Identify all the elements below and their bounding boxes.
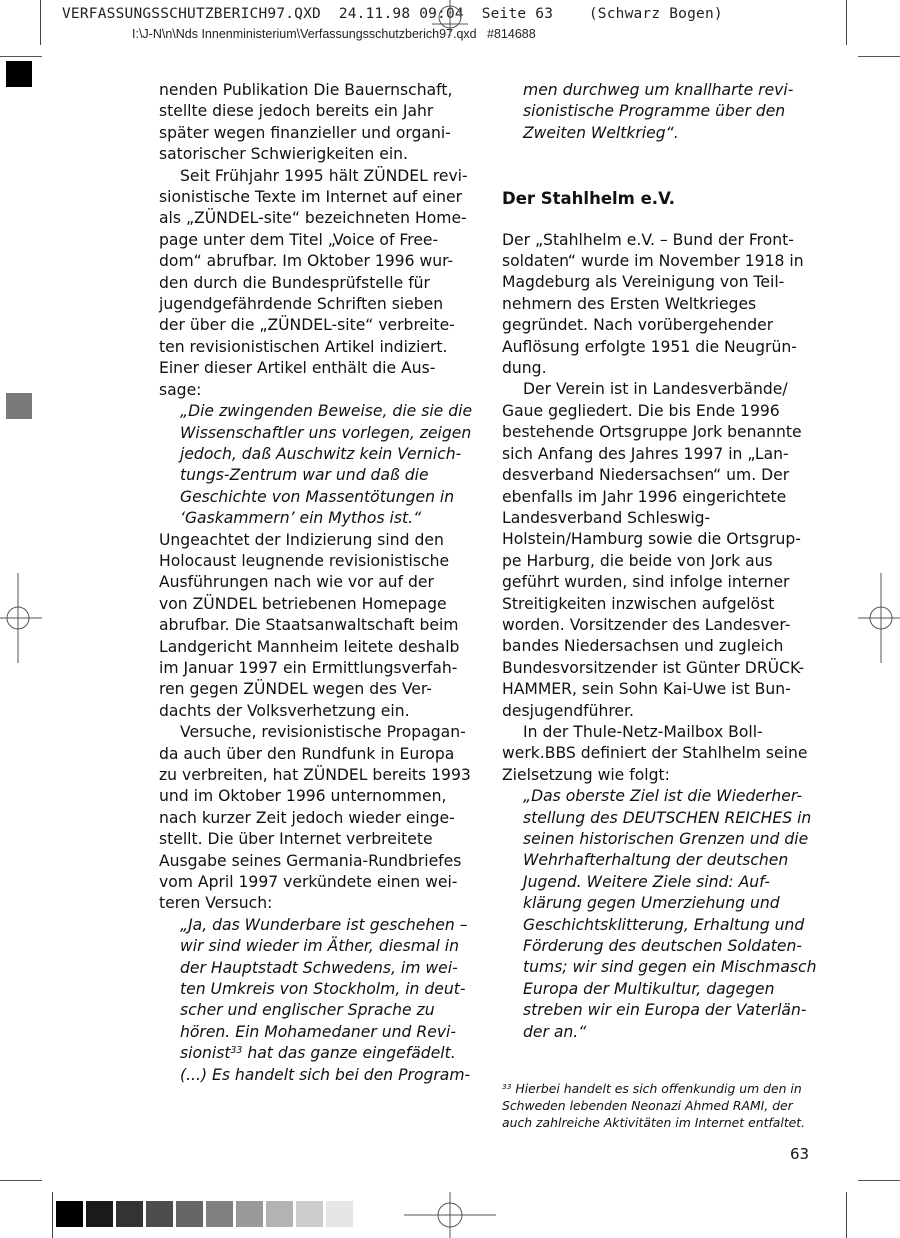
text-line: ten revisionistischen Artikel indiziert.	[159, 337, 469, 358]
text-line: als „ZÜNDEL-site“ bezeichneten Home-	[159, 208, 469, 229]
text-line: nenden Publikation Die Bauernschaft,	[159, 80, 469, 101]
quote-line: der Hauptstadt Schwedens, im wei-	[159, 958, 469, 979]
text-line: Holstein/Hamburg sowie die Ortsgrup-	[502, 529, 812, 550]
crop-mark-top-right-horizontal	[858, 56, 900, 57]
text-line: zu verbreiten, hat ZÜNDEL bereits 1993	[159, 765, 469, 786]
footnote-line: 33 Hierbei handelt es sich offenkundig u…	[502, 1080, 805, 1097]
gray-swatch	[116, 1201, 143, 1227]
quote-continuation-line: sionistische Programme über den	[502, 101, 812, 122]
quote-line: jedoch, daß Auschwitz kein Vernich-	[159, 444, 469, 465]
text-line: bestehende Ortsgruppe Jork benannte	[502, 422, 812, 443]
text-line: sionistische Texte im Internet auf einer	[159, 187, 469, 208]
gray-swatch	[326, 1201, 353, 1227]
text-line: stellt. Die über Internet verbreitete	[159, 829, 469, 850]
text-line: nehmern des Ersten Weltkrieges	[502, 294, 812, 315]
text-line: desverband Niedersachsen“ um. Der	[502, 465, 812, 486]
text-line: da auch über den Rundfunk in Europa	[159, 744, 469, 765]
quote-line: ten Umkreis von Stockholm, in deut-	[159, 979, 469, 1000]
quote-line: klärung gegen Umerziehung und	[502, 893, 812, 914]
quote-line: Jugend. Weitere Ziele sind: Auf-	[502, 872, 812, 893]
text-line: ebenfalls im Jahr 1996 eingerichtete	[502, 487, 812, 508]
text-line: Ausführungen nach wie vor auf der	[159, 572, 469, 593]
text-line: Ausgabe seines Germania-Rundbriefes	[159, 851, 469, 872]
text-line: vom April 1997 verkündete einen wei-	[159, 872, 469, 893]
quote-line: Förderung des deutschen Soldaten-	[502, 936, 812, 957]
text-line: gegründet. Nach vorübergehender	[502, 315, 812, 336]
text-line: abrufbar. Die Staatsanwaltschaft beim	[159, 615, 469, 636]
text-line: Versuche, revisionistische Propagan-	[159, 722, 469, 743]
text-line: dung.	[502, 358, 812, 379]
crop-mark-bottom-right-vertical	[846, 1192, 847, 1238]
left-text-column: nenden Publikation Die Bauernschaft,stel…	[159, 80, 469, 1086]
gray-swatch	[236, 1201, 263, 1227]
text-line: sich Anfang des Jahres 1997 in „Lan-	[502, 444, 812, 465]
quote-continuation-line: Zweiten Weltkrieg“.	[502, 123, 812, 144]
footnote-reference: 33	[230, 1045, 242, 1056]
crop-mark-top-left-horizontal	[0, 56, 42, 57]
gray-swatch	[176, 1201, 203, 1227]
text-line: worden. Vorsitzender des Landesver-	[502, 615, 812, 636]
text-line: pe Harburg, die beide von Jork aus	[502, 551, 812, 572]
text-line: sage:	[159, 380, 469, 401]
text-line: von ZÜNDEL betriebenen Homepage	[159, 594, 469, 615]
text-line: später wegen finanzieller und organi-	[159, 123, 469, 144]
text-line: Der Verein ist in Landesverbände/	[502, 379, 812, 400]
text-line: dachts der Volksverhetzung ein.	[159, 701, 469, 722]
quote-line: tungs-Zentrum war und daß die	[159, 465, 469, 486]
quote-line: „Das oberste Ziel ist die Wiederher-	[502, 786, 812, 807]
quote-line: der an.“	[502, 1022, 812, 1043]
quote-line: Wehrhafterhaltung der deutschen	[502, 850, 812, 871]
right-text-column: men durchweg um knallharte revi- sionist…	[502, 80, 812, 1043]
text-line: Magdeburg als Vereinigung von Teil-	[502, 272, 812, 293]
quote-line: „Die zwingenden Beweise, die sie die	[159, 401, 469, 422]
text-line: HAMMER, sein Sohn Kai-Uwe ist Bun-	[502, 679, 812, 700]
footnote-line: Schweden lebenden Neonazi Ahmed RAMI, de…	[502, 1097, 805, 1114]
print-slug-header: VERFASSUNGSSCHUTZBERICH97.QXD 24.11.98 0…	[62, 6, 723, 22]
section-heading: Der Stahlhelm e.V.	[502, 188, 812, 209]
text-line: bandes Niedersachsen und zugleich	[502, 636, 812, 657]
crop-mark-top-right-vertical	[846, 0, 847, 45]
text-line: den durch die Bundesprüfstelle für	[159, 273, 469, 294]
quote-line: Geschichte von Massentötungen in	[159, 487, 469, 508]
quote-line: sionist33 hat das ganze eingefädelt.	[159, 1043, 469, 1064]
page-number: 63	[790, 1145, 809, 1163]
text-line: Zielsetzung wie folgt:	[502, 765, 812, 786]
text-line: teren Versuch:	[159, 893, 469, 914]
gray-swatch	[86, 1201, 113, 1227]
quote-line: seinen historischen Grenzen und die	[502, 829, 812, 850]
text-line: Ungeachtet der Indizierung sind den	[159, 530, 469, 551]
crop-mark-top-left-vertical	[40, 0, 41, 45]
crop-mark-bottom-left-horizontal	[0, 1180, 42, 1181]
quote-line: stellung des DEUTSCHEN REICHES in	[502, 808, 812, 829]
quote-continuation-line: men durchweg um knallharte revi-	[502, 80, 812, 101]
text-line: Auflösung erfolgte 1951 die Neugrün-	[502, 337, 812, 358]
registration-mark-bottom-icon	[404, 1192, 496, 1238]
quote-line: Wissenschaftler uns vorlegen, zeigen	[159, 423, 469, 444]
gray-swatch	[206, 1201, 233, 1227]
text-line: page unter dem Titel „Voice of Free-	[159, 230, 469, 251]
text-line: Der „Stahlhelm e.V. – Bund der Front-	[502, 230, 812, 251]
text-line: Streitigkeiten inzwischen aufgelöst	[502, 594, 812, 615]
gray-swatch	[266, 1201, 293, 1227]
text-line: werk.BBS definiert der Stahlhelm seine	[502, 743, 812, 764]
registration-mark-top-icon	[405, 0, 495, 40]
text-line: satorischer Schwierigkeiten ein.	[159, 144, 469, 165]
text-line: und im Oktober 1996 unternommen,	[159, 786, 469, 807]
quote-line: Geschichtsklitterung, Erhaltung und	[502, 915, 812, 936]
text-line: Bundesvorsitzender ist Günter DRÜCK-	[502, 658, 812, 679]
quote-line: wir sind wieder im Äther, diesmal in	[159, 936, 469, 957]
crop-mark-bottom-left-vertical	[52, 1192, 53, 1238]
quote-line: „Ja, das Wunderbare ist geschehen –	[159, 915, 469, 936]
gray-swatch	[296, 1201, 323, 1227]
grayscale-calibration-strip	[56, 1201, 353, 1227]
text-line: Landgericht Mannheim leitete deshalb	[159, 637, 469, 658]
quote-line: ‘Gaskammern’ ein Mythos ist.“	[159, 508, 469, 529]
text-line: Einer dieser Artikel enthält die Aus-	[159, 358, 469, 379]
text-line: geführt wurden, sind infolge interner	[502, 572, 812, 593]
quote-line: scher und englischer Sprache zu	[159, 1000, 469, 1021]
text-line: soldaten“ wurde im November 1918 in	[502, 251, 812, 272]
gray-swatch	[146, 1201, 173, 1227]
text-line: In der Thule-Netz-Mailbox Boll-	[502, 722, 812, 743]
footnote-line: auch zahlreiche Aktivitäten im Internet …	[502, 1114, 805, 1131]
black-marker-square	[6, 61, 32, 87]
footnote: 33 Hierbei handelt es sich offenkundig u…	[502, 1080, 805, 1131]
text-line: desjugendführer.	[502, 701, 812, 722]
quote-line: streben wir ein Europa der Vaterlän-	[502, 1000, 812, 1021]
quote-line: tums; wir sind gegen ein Mischmasch	[502, 957, 812, 978]
text-line: der über die „ZÜNDEL-site“ verbreite-	[159, 315, 469, 336]
text-line: jugendgefährdende Schriften sieben	[159, 294, 469, 315]
crop-mark-bottom-right-horizontal	[858, 1180, 900, 1181]
gray-marker-square	[6, 393, 32, 419]
registration-mark-right-icon	[856, 573, 900, 663]
quote-line: Europa der Multikultur, dagegen	[502, 979, 812, 1000]
text-line: Holocaust leugnende revisionistische	[159, 551, 469, 572]
text-line: nach kurzer Zeit jedoch wieder einge-	[159, 808, 469, 829]
text-line: ren gegen ZÜNDEL wegen des Ver-	[159, 679, 469, 700]
text-line: dom“ abrufbar. Im Oktober 1996 wur-	[159, 251, 469, 272]
text-line: Gaue gegliedert. Die bis Ende 1996	[502, 401, 812, 422]
text-line: Landesverband Schleswig-	[502, 508, 812, 529]
text-line: im Januar 1997 ein Ermittlungsverfah-	[159, 658, 469, 679]
quote-line: (...) Es handelt sich bei den Program-	[159, 1065, 469, 1086]
gray-swatch	[56, 1201, 83, 1227]
registration-mark-left-icon	[0, 573, 44, 663]
text-line: stellte diese jedoch bereits ein Jahr	[159, 101, 469, 122]
quote-line: hören. Ein Mohamedaner und Revi-	[159, 1022, 469, 1043]
text-line: Seit Frühjahr 1995 hält ZÜNDEL revi-	[159, 166, 469, 187]
